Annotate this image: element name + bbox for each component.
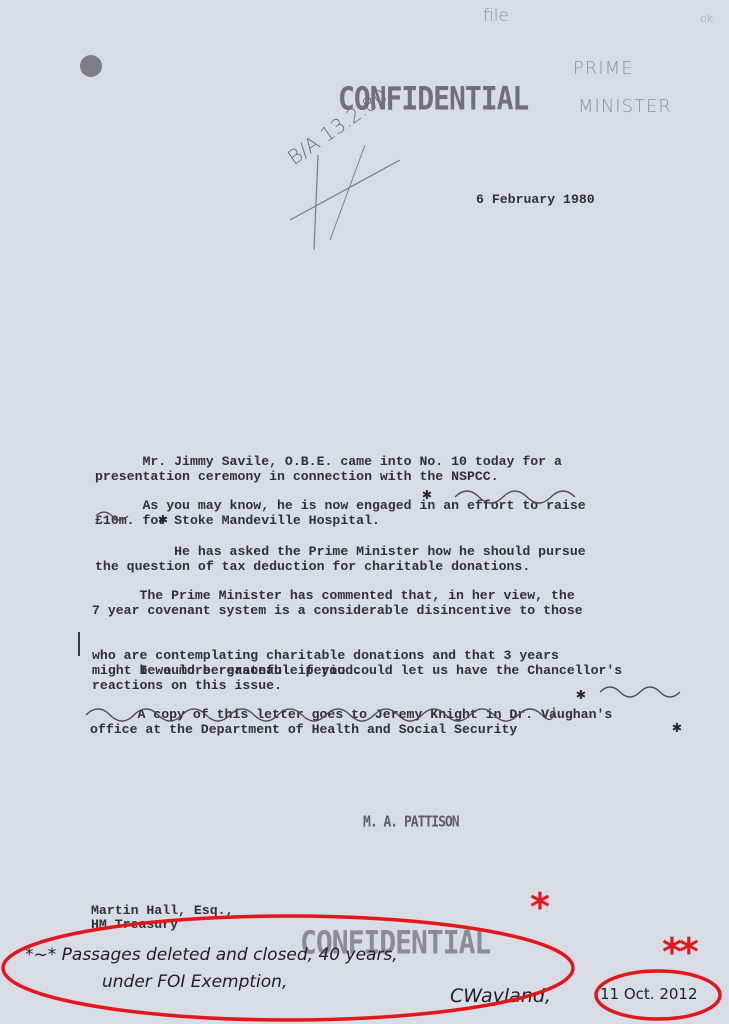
red-annotation-ellipses-icon bbox=[0, 0, 729, 1024]
letter-page: file ok PRIME MINISTER CONFIDENTIAL B/A … bbox=[0, 0, 729, 1024]
red-asterisk-single: * bbox=[530, 885, 550, 929]
red-asterisk-double: ** bbox=[662, 930, 696, 974]
